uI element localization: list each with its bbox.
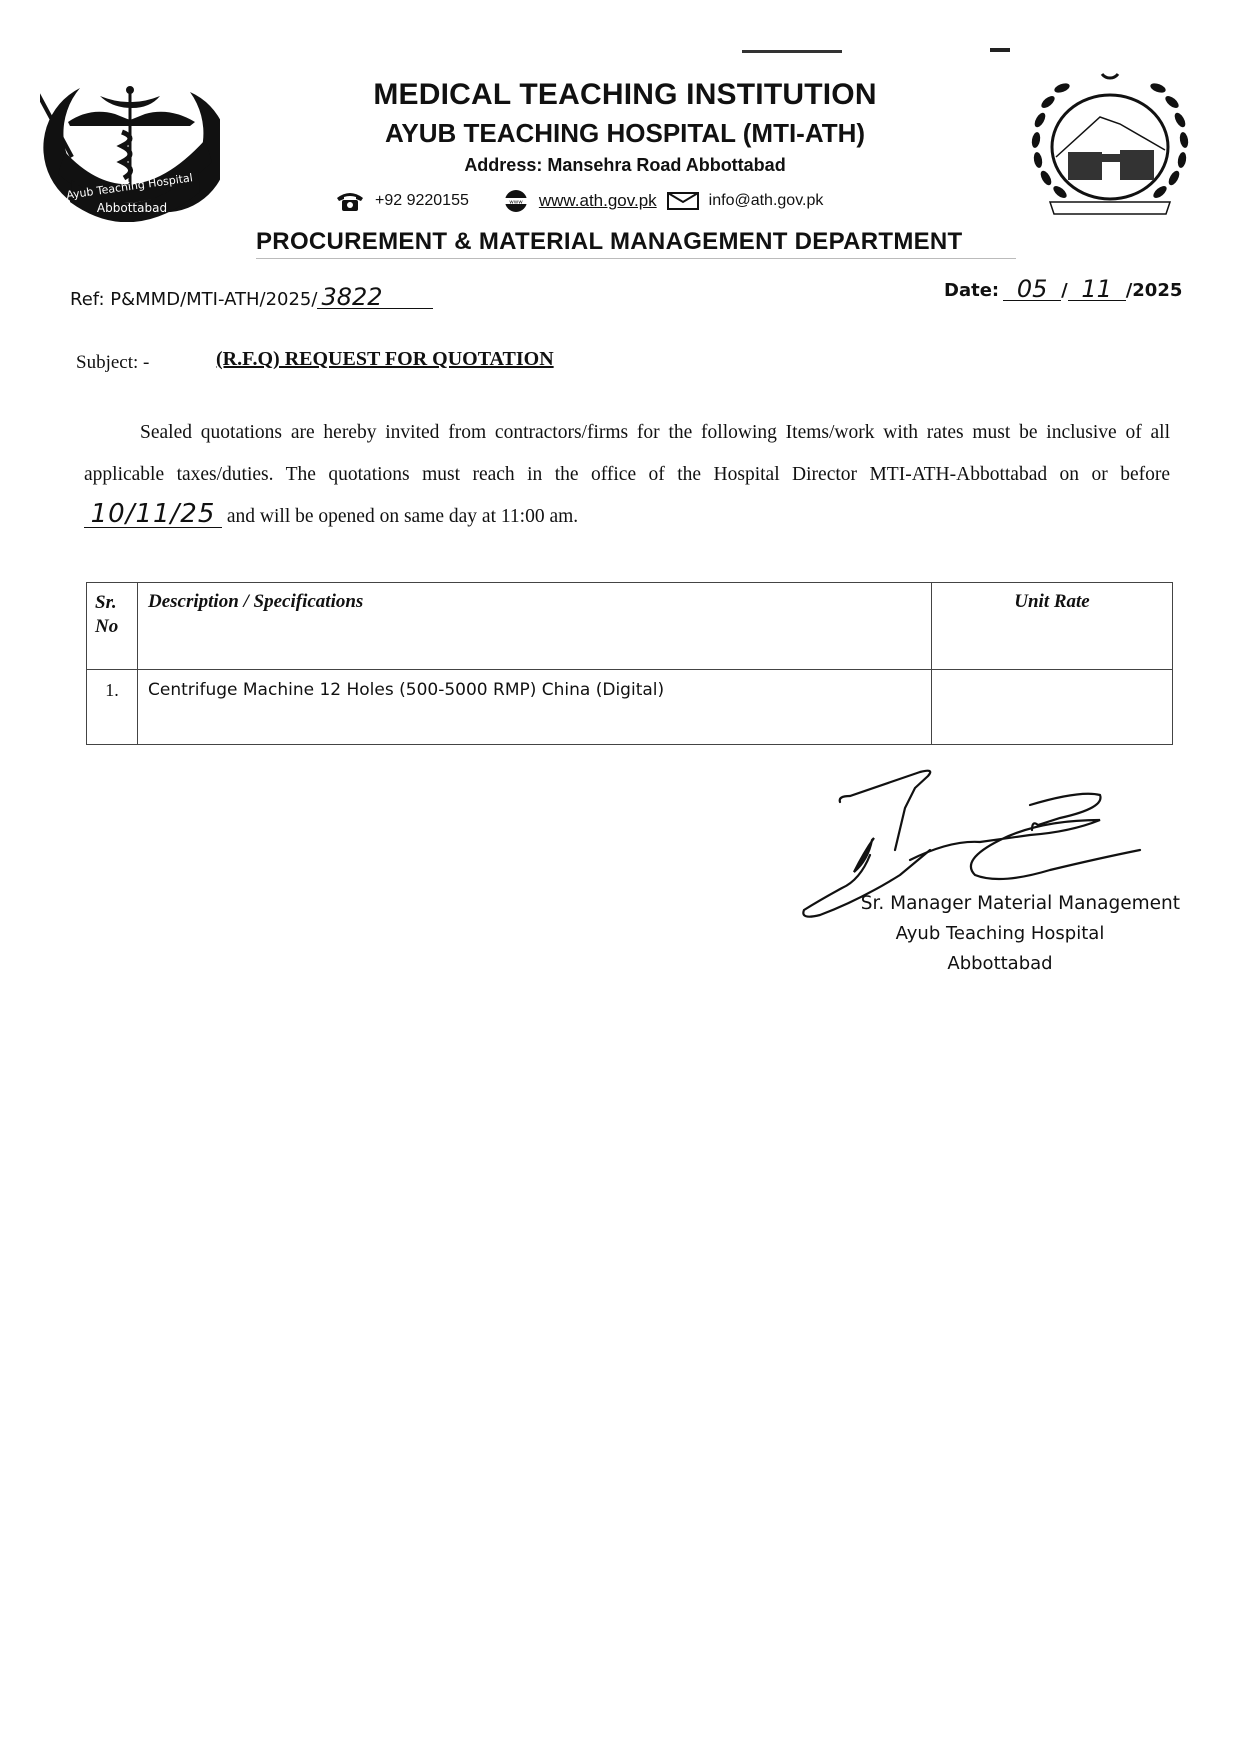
globe-www-icon: www — [503, 188, 529, 214]
telephone-icon — [335, 190, 365, 212]
hospital-name: AYUB TEACHING HOSPITAL (MTI-ATH) — [250, 118, 1000, 149]
items-table: Sr.No Description / Specifications Unit … — [86, 582, 1173, 745]
signatory-organization: Ayub Teaching Hospital — [870, 923, 1130, 944]
deadline-handwritten-date: 10/11/25 — [84, 501, 222, 528]
phone-number: +92 9220155 — [375, 192, 469, 210]
institution-name: MEDICAL TEACHING INSTITUTION — [250, 78, 1000, 112]
svg-text:www: www — [509, 200, 523, 206]
table-row: 1. Centrifuge Machine 12 Holes (500-5000… — [87, 670, 1173, 745]
document-date: Date: 05/11/2025 — [944, 278, 1182, 301]
scan-artifact — [990, 48, 1010, 52]
email-link[interactable]: info@ath.gov.pk — [709, 192, 824, 210]
hospital-logo-icon: Ayub Teaching Hospital Abbottabad — [40, 62, 220, 222]
row-description: Centrifuge Machine 12 Holes (500-5000 RM… — [138, 670, 932, 745]
government-emblem-icon — [1020, 62, 1200, 222]
reference-handwritten-number: 3822 — [317, 286, 433, 309]
reference-prefix: Ref: P&MMD/MTI-ATH/2025/ — [70, 289, 317, 310]
paragraph-text-after: and will be opened on same day at 11:00 … — [227, 506, 578, 527]
scan-artifact — [742, 50, 842, 53]
subject-title: (R.F.Q) REQUEST FOR QUOTATION — [216, 348, 554, 371]
row-sr-no: 1. — [87, 670, 138, 745]
date-day-handwritten: 05 — [1003, 278, 1061, 301]
row-unit-rate[interactable] — [932, 670, 1173, 745]
table-header-row: Sr.No Description / Specifications Unit … — [87, 583, 1173, 670]
date-year: 2025 — [1132, 280, 1182, 301]
hospital-address: Address: Mansehra Road Abbottabad — [250, 155, 1000, 176]
envelope-icon — [667, 192, 699, 210]
signatory-city: Abbottabad — [870, 953, 1130, 974]
header-unit-rate: Unit Rate — [932, 583, 1173, 670]
department-title: PROCUREMENT & MATERIAL MANAGEMENT DEPART… — [256, 228, 1016, 259]
svg-text:Abbottabad: Abbottabad — [97, 201, 167, 215]
date-label: Date: — [944, 280, 999, 301]
subject-label: Subject: - — [76, 352, 149, 374]
header-description: Description / Specifications — [138, 583, 932, 670]
signatory-title: Sr. Manager Material Management — [820, 893, 1180, 914]
invitation-paragraph: Sealed quotations are hereby invited fro… — [84, 412, 1170, 538]
contact-row: +92 9220155 www www.ath.gov.pk info@ath.… — [335, 186, 823, 216]
date-month-handwritten: 11 — [1068, 278, 1126, 301]
website-link[interactable]: www.ath.gov.pk — [539, 191, 657, 211]
reference-number: Ref: P&MMD/MTI-ATH/2025/3822 — [70, 286, 433, 310]
header-sr-no: Sr.No — [87, 583, 138, 670]
paragraph-text: Sealed quotations are hereby invited fro… — [84, 422, 1170, 485]
